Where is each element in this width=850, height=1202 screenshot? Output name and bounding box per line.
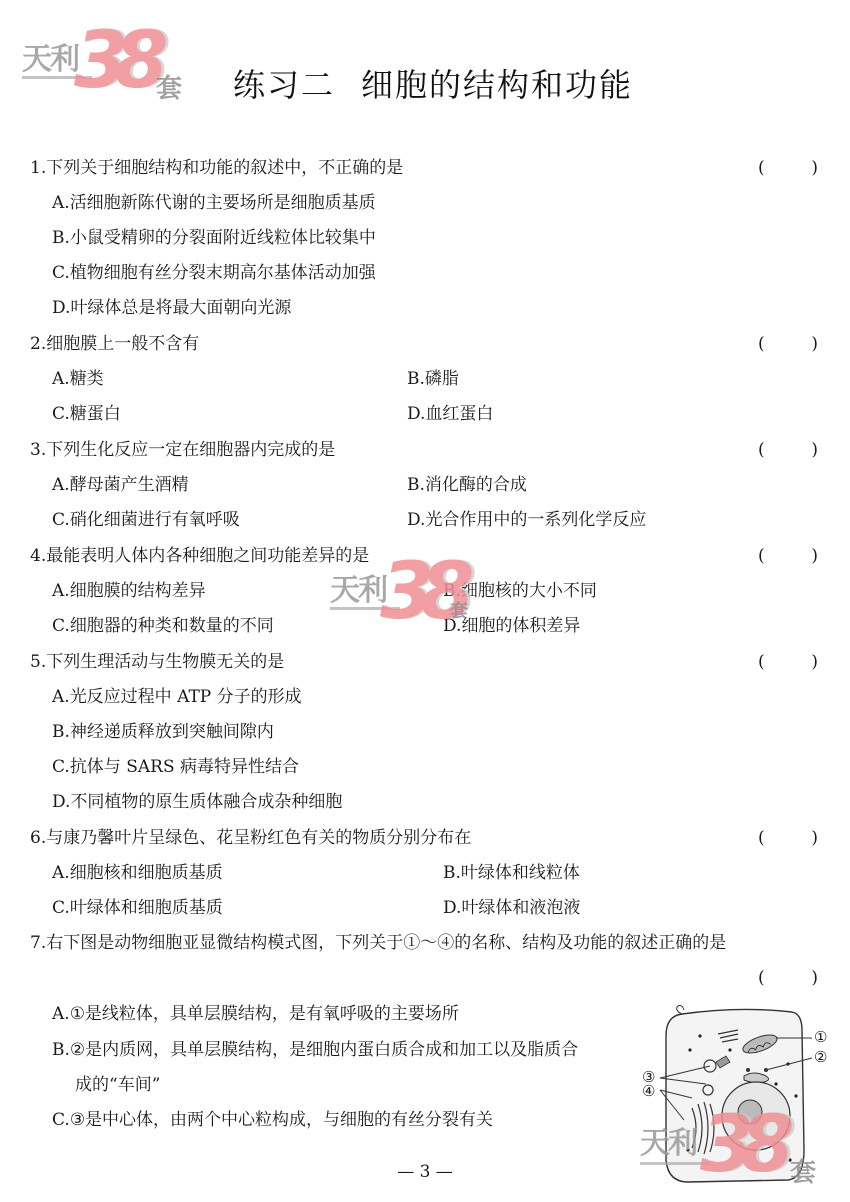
option-2a: A.糖类 bbox=[52, 369, 104, 389]
watermark-number: 38 bbox=[74, 16, 155, 106]
question-6: 6.与康乃馨叶片呈绿色、花呈粉红色有关的物质分别分布在 bbox=[30, 828, 471, 848]
option-7a: A.①是线粒体，具单层膜结构，是有氧呼吸的主要场所 bbox=[52, 1004, 459, 1024]
question-4: 4.最能表明人体内各种细胞之间功能差异的是 bbox=[30, 546, 369, 566]
answer-blank-5[interactable]: () bbox=[758, 652, 818, 672]
answer-blank-2[interactable]: () bbox=[758, 334, 818, 354]
figure-label-4: ④ bbox=[642, 1082, 655, 1100]
option-1d: D.叶绿体总是将最大面朝向光源 bbox=[52, 298, 291, 318]
option-3a: A.酵母菌产生酒精 bbox=[52, 475, 189, 495]
option-2b: B.磷脂 bbox=[407, 369, 459, 389]
page-title: 练习二细胞的结构和功能 bbox=[233, 60, 633, 106]
option-5d: D.不同植物的原生质体融合成杂种细胞 bbox=[52, 792, 342, 812]
chapter-title: 细胞的结构和功能 bbox=[361, 66, 633, 104]
answer-blank-6[interactable]: () bbox=[758, 828, 818, 848]
exam-page: 天利 38 套 练习二细胞的结构和功能 1.下列关于细胞结构和功能的叙述中，不正… bbox=[0, 0, 850, 1202]
option-3d: D.光合作用中的一系列化学反应 bbox=[407, 510, 646, 530]
option-5a: A.光反应过程中 ATP 分子的形成 bbox=[52, 687, 302, 707]
question-7: 7.右下图是动物细胞亚显微结构模式图，下列关于①～④的名称、结构及功能的叙述正确… bbox=[30, 933, 726, 953]
answer-blank-1[interactable]: () bbox=[758, 158, 818, 178]
figure-label-2: ② bbox=[814, 1048, 827, 1066]
answer-blank-7[interactable]: () bbox=[758, 968, 818, 988]
figure-label-1: ① bbox=[814, 1028, 827, 1046]
page-number: — 3 — bbox=[0, 1162, 850, 1182]
option-1a: A.活细胞新陈代谢的主要场所是细胞质基质 bbox=[52, 193, 376, 213]
question-2: 2.细胞膜上一般不含有 bbox=[30, 334, 199, 354]
answer-blank-4[interactable]: () bbox=[758, 546, 818, 566]
watermark-brand: 天利 bbox=[22, 34, 78, 78]
option-3b: B.消化酶的合成 bbox=[407, 475, 527, 495]
option-5b: B.神经递质释放到突触间隙内 bbox=[52, 722, 274, 742]
option-2d: D.血红蛋白 bbox=[407, 404, 493, 424]
exercise-label: 练习二 bbox=[233, 66, 335, 104]
option-4a: A.细胞膜的结构差异 bbox=[52, 581, 206, 601]
question-3: 3.下列生化反应一定在细胞器内完成的是 bbox=[30, 440, 335, 460]
option-5c: C.抗体与 SARS 病毒特异性结合 bbox=[52, 757, 299, 777]
question-1: 1.下列关于细胞结构和功能的叙述中，不正确的是 bbox=[30, 158, 403, 178]
option-3c: C.硝化细菌进行有氧呼吸 bbox=[52, 510, 240, 530]
option-4b: B.细胞核的大小不同 bbox=[443, 581, 597, 601]
answer-blank-3[interactable]: () bbox=[758, 440, 818, 460]
watermark-suffix: 套 bbox=[156, 68, 182, 105]
option-2c: C.糖蛋白 bbox=[52, 404, 121, 424]
watermark-logo-header: 天利 38 套 bbox=[22, 20, 222, 110]
option-6c: C.叶绿体和细胞质基质 bbox=[52, 898, 223, 918]
option-1b: B.小鼠受精卵的分裂面附近线粒体比较集中 bbox=[52, 228, 376, 248]
option-7c: C.③是中心体，由两个中心粒构成，与细胞的有丝分裂有关 bbox=[52, 1110, 493, 1130]
option-4d: D.细胞的体积差异 bbox=[443, 616, 580, 636]
option-6d: D.叶绿体和液泡液 bbox=[443, 898, 580, 918]
option-7b: B.②是内质网，具单层膜结构，是细胞内蛋白质合成和加工以及脂质合 bbox=[52, 1040, 578, 1060]
option-7b-continuation: 成的“车间” bbox=[75, 1075, 160, 1095]
option-6a: A.细胞核和细胞质基质 bbox=[52, 863, 223, 883]
option-1c: C.植物细胞有丝分裂末期高尔基体活动加强 bbox=[52, 263, 376, 283]
question-5: 5.下列生理活动与生物膜无关的是 bbox=[30, 652, 284, 672]
option-4c: C.细胞器的种类和数量的不同 bbox=[52, 616, 274, 636]
option-6b: B.叶绿体和线粒体 bbox=[443, 863, 580, 883]
